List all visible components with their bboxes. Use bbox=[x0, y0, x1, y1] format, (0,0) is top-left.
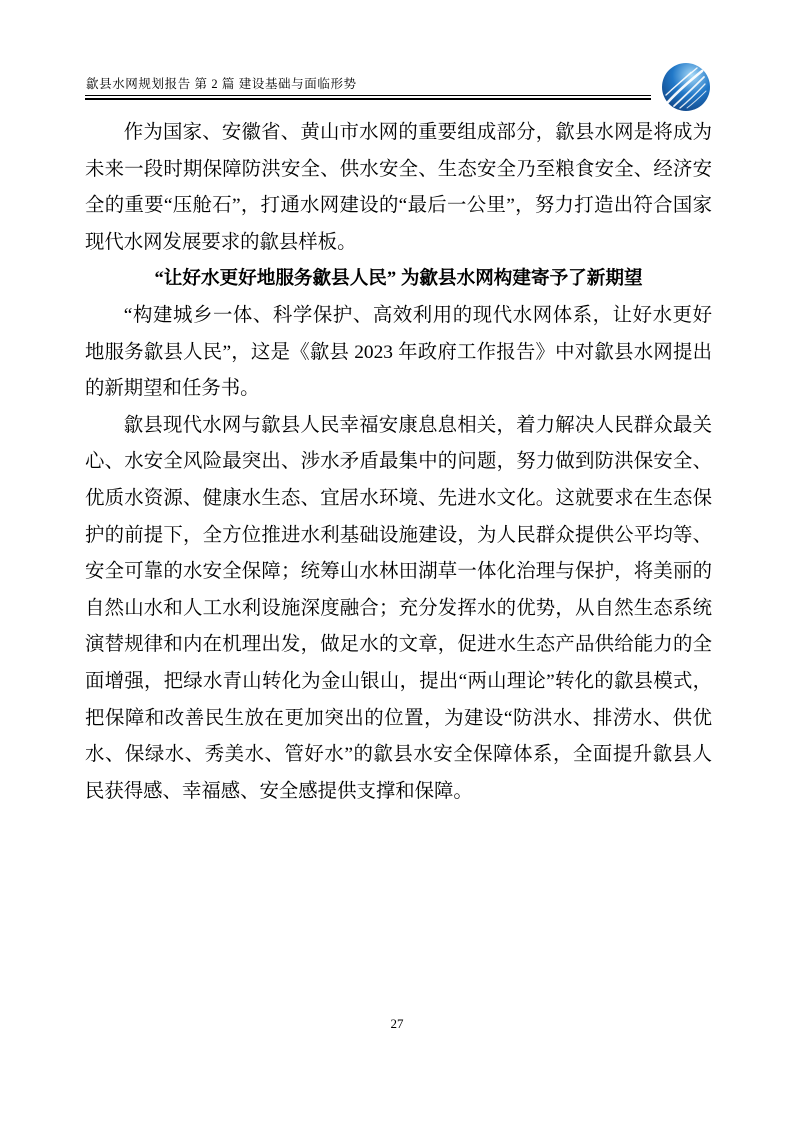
section-heading: “让好水更好地服务歙县人民” 为歙县水网构建寄予了新期望 bbox=[85, 261, 712, 298]
water-network-logo-icon bbox=[661, 62, 711, 112]
document-page: 歙县水网规划报告 第 2 篇 建设基础与面临形势 作为国家、安徽省、 bbox=[0, 0, 794, 1122]
paragraph-1: 作为国家、安徽省、黄山市水网的重要组成部分，歙县水网是将成为未来一段时期保障防洪… bbox=[85, 115, 712, 261]
page-number: 27 bbox=[0, 1016, 794, 1032]
paragraph-3: 歙县现代水网与歙县人民幸福安康息息相关，着力解决人民群众最关心、水安全风险最突出… bbox=[85, 408, 712, 811]
page-header: 歙县水网规划报告 第 2 篇 建设基础与面临形势 bbox=[0, 0, 794, 115]
header-rule bbox=[85, 95, 651, 100]
paragraph-2: “构建城乡一体、科学保护、高效利用的现代水网体系，让好水更好地服务歙县人民”，这… bbox=[85, 298, 712, 408]
document-body: 作为国家、安徽省、黄山市水网的重要组成部分，歙县水网是将成为未来一段时期保障防洪… bbox=[85, 115, 712, 810]
header-title: 歙县水网规划报告 第 2 篇 建设基础与面临形势 bbox=[86, 74, 357, 92]
